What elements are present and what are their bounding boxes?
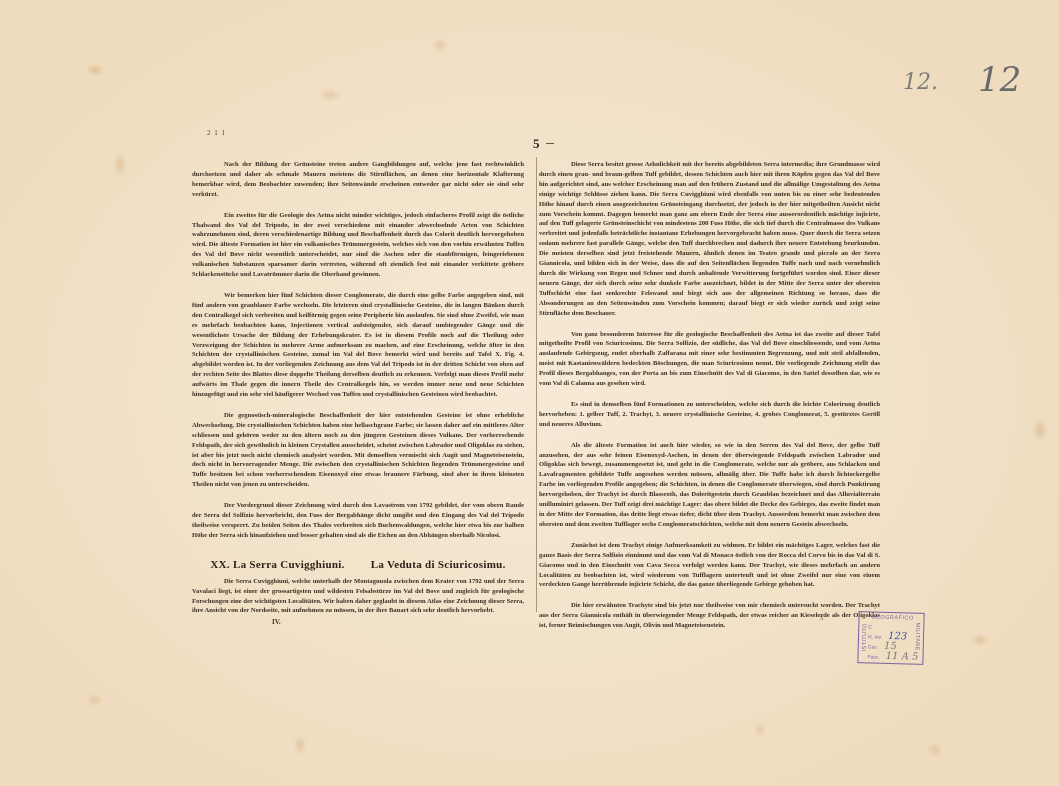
page-number: 5 (533, 136, 540, 152)
paragraph: Ein zweites für die Geologie des Aetna n… (192, 211, 524, 280)
stamp-row-fascicle: Fasc.11 A 5 (867, 650, 918, 662)
stamp-value: 11 A 5 (886, 651, 919, 663)
paragraph: Wir bemerken hier fünf Schichten dieser … (192, 291, 524, 400)
section-heading-title: XX. La Serra Cuvigghiuni. (210, 559, 344, 571)
section-heading: XX. La Serra Cuvigghiuni.La Veduta di Sc… (192, 561, 524, 571)
corner-mark: 2 1 1 (207, 129, 226, 137)
paragraph: Diese Serra besitzt grosse Aehnlichkeit … (539, 160, 880, 319)
handwritten-number-small: 12. (903, 70, 938, 95)
left-column: Nach der Bildung der Grünsteine treten a… (192, 160, 524, 628)
paragraph: Die gegnostisch-mineralogische Beschaffe… (192, 411, 524, 490)
stamp-top-text: GEOGRAFICO (869, 614, 915, 621)
signature-mark: IV. (272, 618, 524, 628)
column-divider (536, 157, 537, 612)
paragraph: Von ganz besonderem Interesse für die ge… (539, 330, 880, 389)
right-column: Diese Serra besitzt grosse Aehnlichkeit … (539, 160, 880, 642)
signature-mark-right: 5 (820, 615, 823, 622)
stamp-label: Fasc. (867, 654, 879, 660)
section-paragraph: Die Serra Cuvigghiuni, welche unterhalb … (192, 577, 524, 617)
paragraph: Der Vordergrund dieser Zeichnung wird du… (192, 501, 524, 541)
paragraph: Es sind in demselben fünf Formationen zu… (539, 400, 880, 430)
library-stamp: GEOGRAFICO ISTITUTO MILITARE C N. Inv.12… (857, 611, 924, 665)
paragraph: Zunächst ist dem Trachyt einige Aufmerks… (539, 541, 880, 591)
section-heading-subtitle: La Veduta di Sciuricosimu. (371, 559, 506, 571)
paragraph: Nach der Bildung der Grünsteine treten a… (192, 160, 524, 200)
handwritten-number-large: 12 (978, 60, 1021, 100)
paragraph: Als die älteste Formation ist auch hier … (539, 441, 880, 530)
paragraph: Die hier erwähnten Trachyte sind bis jet… (539, 601, 880, 631)
page-number-dash (546, 143, 554, 144)
